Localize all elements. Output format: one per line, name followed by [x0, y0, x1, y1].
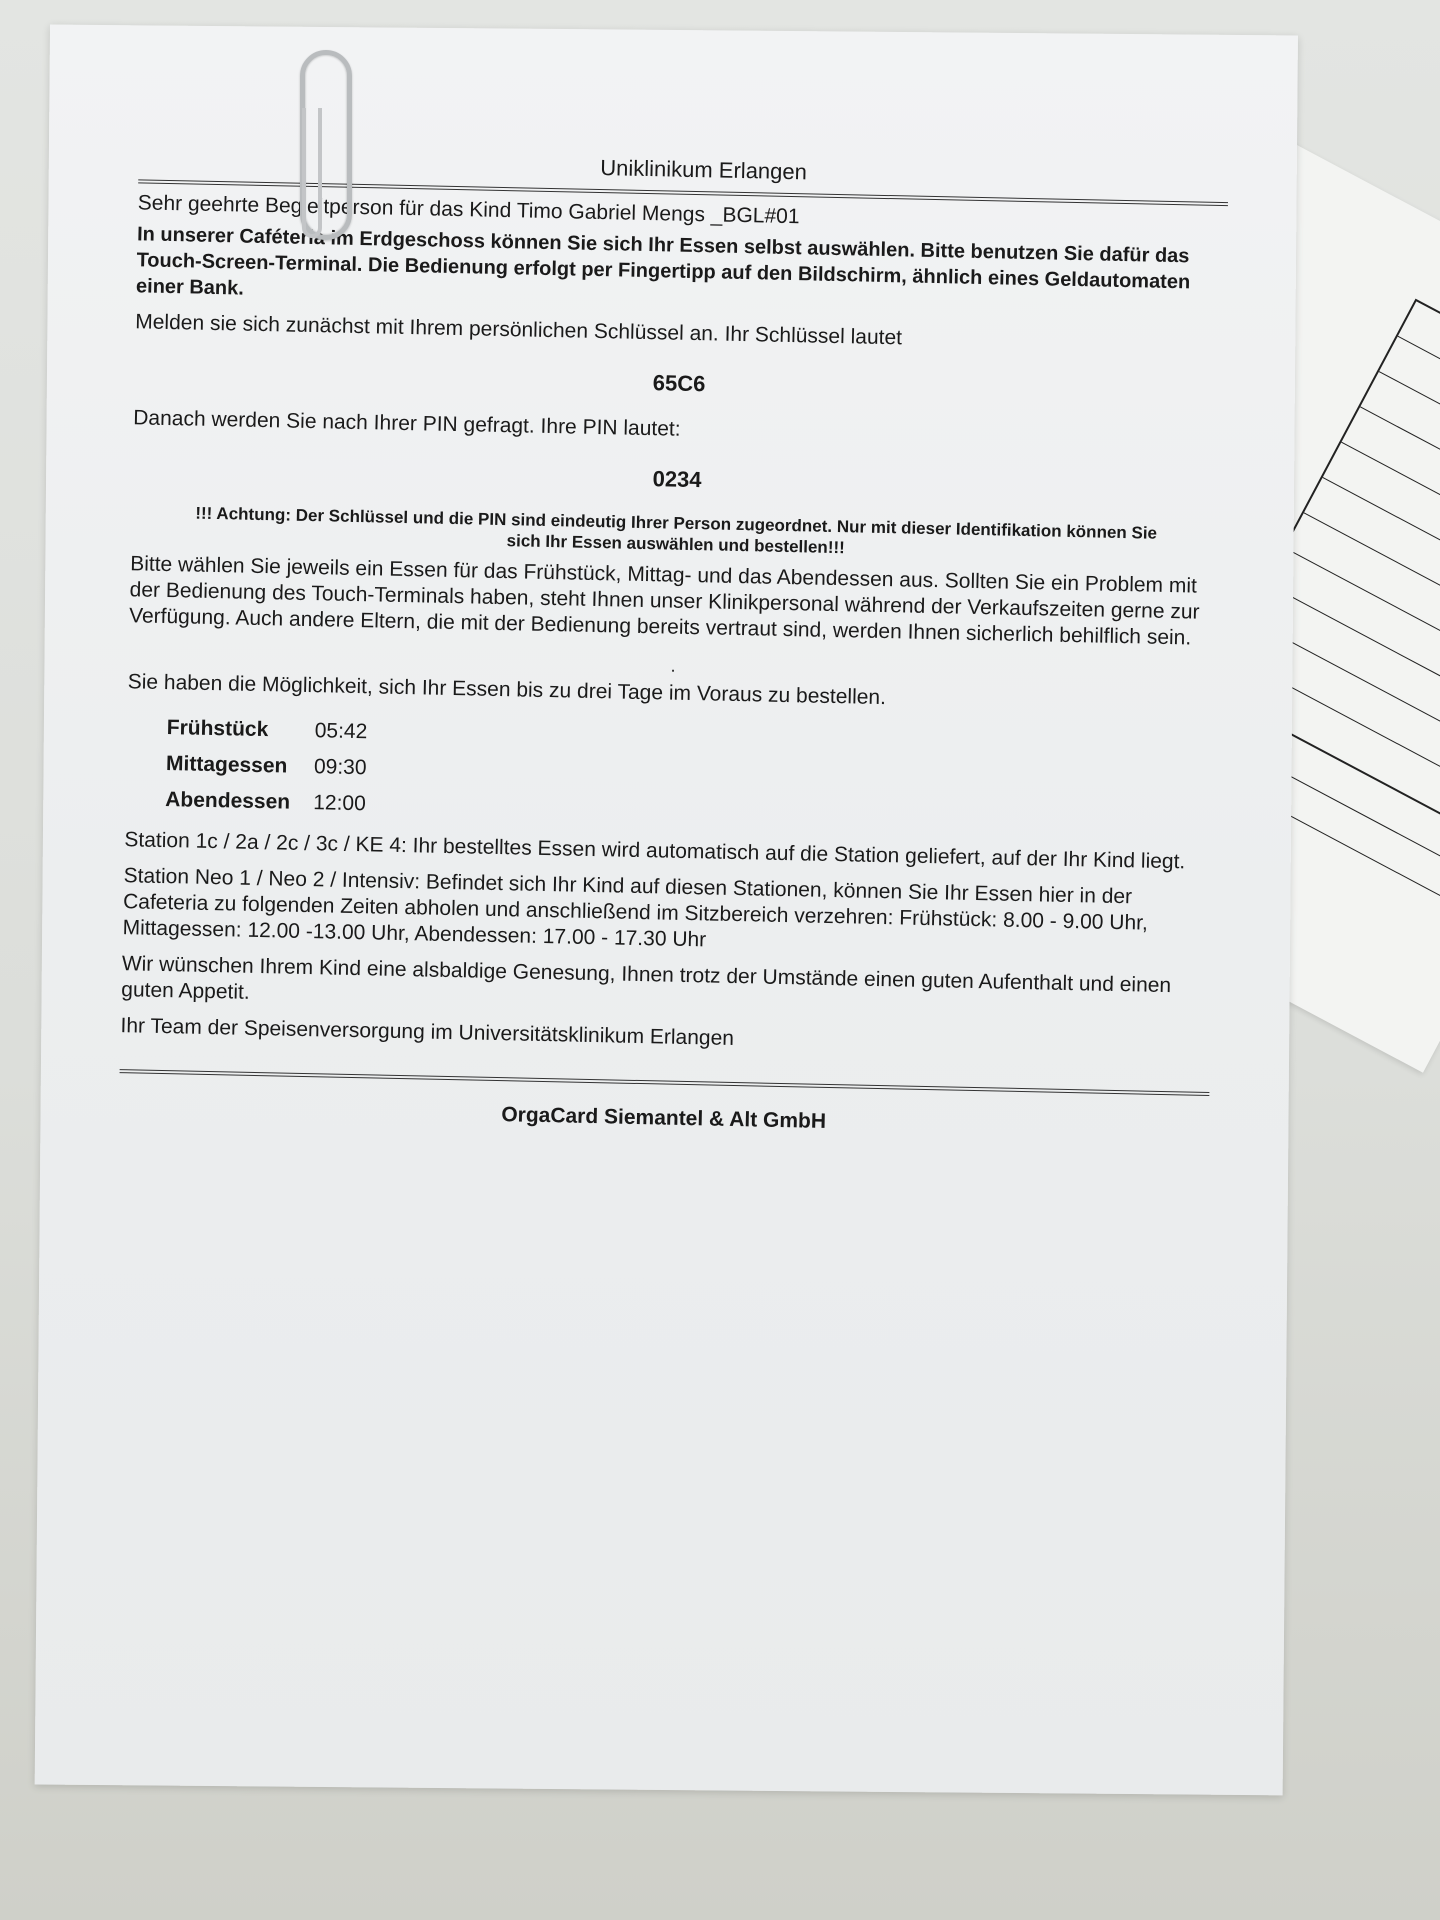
paperclip-inner-loop — [302, 108, 322, 238]
intro-paragraph: In unserer Caféteria im Erdgeschoss könn… — [136, 221, 1227, 322]
key-code: 65C6 — [134, 359, 1224, 408]
pin-instructions: Danach werden Sie nach Ihrer PIN gefragt… — [133, 405, 1223, 454]
deadline-meal: Mittagessen — [166, 746, 315, 785]
deadline-time: 09:30 — [314, 749, 367, 786]
pickup-stations-text: Station Neo 1 / Neo 2 / Intensiv: Befind… — [122, 863, 1213, 964]
company-name: OrgaCard Siemantel & Alt GmbH — [119, 1095, 1209, 1142]
deadline-meal: Frühstück — [166, 710, 315, 749]
letter-sheet: Uniklinikum Erlangen Sehr geehrte Beglei… — [35, 25, 1298, 1796]
footer-rule — [120, 1069, 1210, 1096]
letter-content: Uniklinikum Erlangen Sehr geehrte Beglei… — [119, 145, 1229, 1142]
deadline-time: 05:42 — [314, 713, 367, 750]
deadline-time: 12:00 — [313, 785, 366, 822]
pin-code: 0234 — [132, 455, 1222, 504]
wishes-text: Wir wünschen Ihrem Kind eine alsbaldige … — [121, 951, 1212, 1026]
instructions-paragraph: Bitte wählen Sie jeweils ein Essen für d… — [129, 551, 1220, 652]
deadline-meal: Abendessen — [165, 782, 314, 821]
order-deadlines: Frühstück 05:42 Mittagessen 09:30 Abende… — [165, 710, 1217, 840]
